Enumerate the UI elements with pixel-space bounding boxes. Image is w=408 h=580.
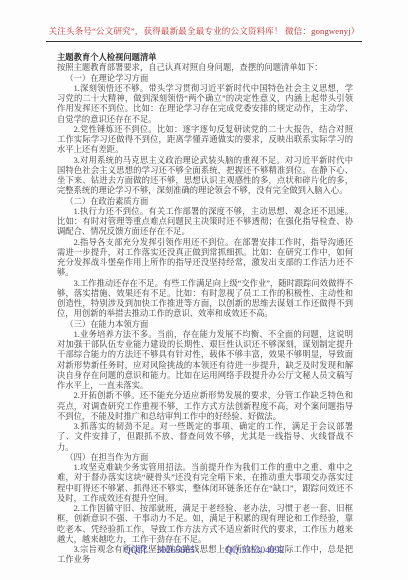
document-page: 关注头条号“公文研究”，获得最新最全最专业的公文资料库！ 微信：gongweny… <box>0 0 408 580</box>
document-body: 主题教育个人检视问题清单 按照主题教育部署要求，自己认真对照自身问题，查摆的问题… <box>57 53 353 566</box>
section-item: 1.攻坚克难缺少务实管用招法。当前提升作为我们工作的重中之重、难中之难，对于督办… <box>57 463 353 504</box>
section-item: 1.业务培养方法不多。当前，存在能力发展不均衡、不全面的问题，这说明对加强干部队… <box>57 330 353 392</box>
qq-group-contact: QQ群：30265665 <box>124 546 195 556</box>
section-item: 1.深刻领悟还不够。带头学习贯彻习近平新时代中国特色社会主义思想，学习党的二十大… <box>57 84 353 125</box>
section-item: 2.工作因循守旧、按部就班，满足于老经验、老办法，习惯于老一套、旧框框，创新意识… <box>57 504 353 545</box>
section-heading: （二）在政治素质方面 <box>57 197 353 207</box>
section-item: 2.指导各支部充分发挥引领作用还不到位。在部署安排工作时，指导沟通还需进一步提升… <box>57 238 353 279</box>
contact-footer: QQ群：30265665 QQ:535304092 <box>0 542 408 556</box>
section-heading: （三）在能力本领方面 <box>57 320 353 330</box>
section-heading: （一）在理论学习方面 <box>57 74 353 84</box>
document-title: 主题教育个人检视问题清单 <box>57 53 353 63</box>
document-intro: 按照主题教育部署要求，自己认真对照自身问题，查摆的问题清单如下： <box>57 63 353 73</box>
section-item: 3.对用系统的马克思主义政治理论武装头脑的重视不足。对习近平新时代中国特色社会主… <box>57 156 353 197</box>
section-item: 3.抓落实的韧劲不足。对一些既定的事项、确定的工作，满足于会议部署了、文件安排了… <box>57 422 353 453</box>
section-heading: （四）在担当作为方面 <box>57 453 353 463</box>
section-item: 3.工作推动还存在不足。有些工作满足向上级“交作业”，随时跟踪问效做得不够，落实… <box>57 279 353 320</box>
section-item: 2.开拓创新不够。还不能充分适应新形势发展的要求，分管工作缺乏特色和亮点，对调查… <box>57 391 353 422</box>
section-item: 1.执行力还不到位。有关工作部署的深度不够，主动思想、观念还不迅速。比如：有时对… <box>57 207 353 238</box>
promo-header: 关注头条号“公文研究”，获得最新最全最专业的公文资料库！ 微信：gongweny… <box>46 25 362 42</box>
qq-contact: QQ:535304092 <box>225 546 284 556</box>
section-item: 2.党性锤炼还不到位。比如：逐字逐句反复研读党的二十大报告，结合对照工作实际学习… <box>57 125 353 156</box>
